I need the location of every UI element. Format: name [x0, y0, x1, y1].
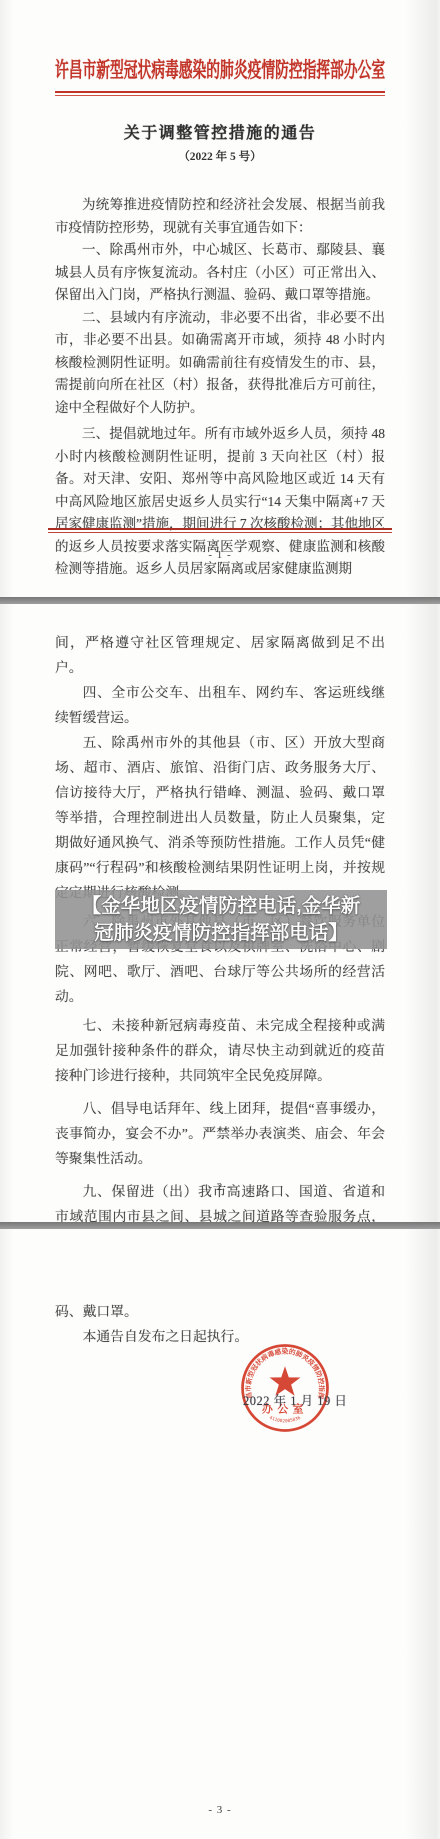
page-3: 码、戴口罩。 本通告自发布之日起执行。 许昌市新型冠状病毒感染的肺炎疫情防控指挥…: [0, 1229, 440, 1839]
caption-line-2: 冠肺炎疫情防控指挥部电话】: [94, 920, 348, 947]
page-number-3: - 3 -: [0, 1804, 440, 1816]
page1-body: 为统筹推进疫情防控和经济社会发展、根据当前我市疫情防控形势，现就有关事宜通告如下…: [55, 194, 385, 581]
doc-number: （2022 年 5 号）: [0, 148, 440, 164]
paragraph-continuation: 间，严格遵守社区管理规定、居家隔离做到足不出户。: [55, 630, 385, 680]
paragraph-item-7: 七、未接种新冠病毒疫苗、未完成全程接种或满足加强针接种条件的群众，请尽快主动到就…: [55, 1013, 385, 1088]
caption-line-1: 【金华地区疫情防控电话,金华新: [82, 893, 360, 920]
svg-text:411002005836: 411002005836: [268, 1415, 302, 1425]
doc-title: 关于调整管控措施的通告: [0, 120, 440, 143]
page3-body: 码、戴口罩。 本通告自发布之日起执行。: [55, 1299, 385, 1349]
letterhead-banner: 许昌市新型冠状病毒感染的肺炎疫情防控指挥部办公室: [0, 0, 440, 81]
paragraph-continuation: 码、戴口罩。: [55, 1299, 385, 1324]
letterhead-rule: [55, 91, 385, 96]
page-divider: [0, 597, 440, 604]
paragraph-item-8: 八、倡导电话拜年、线上团拜，提倡“喜事缓办，丧事简办，宴会不办”。严禁举办表演类…: [55, 1096, 385, 1171]
seal-serial: 411002005836: [268, 1415, 302, 1425]
page-divider: [0, 1222, 440, 1229]
issue-date: 2022 年 1 月 19 日: [243, 1391, 347, 1409]
paragraph-item-4: 四、全市公交车、出租车、网约车、客运班线继续暂缓营运。: [55, 680, 385, 730]
page-2: 间，严格遵守社区管理规定、居家隔离做到足不出户。 四、全市公交车、出租车、网约车…: [0, 604, 440, 1222]
page1-footer-rule: [48, 528, 392, 533]
paragraph-intro: 为统筹推进疫情防控和经济社会发展、根据当前我市疫情防控形势，现就有关事宜通告如下…: [55, 194, 385, 239]
page-1: 许昌市新型冠状病毒感染的肺炎疫情防控指挥部办公室 关于调整管控措施的通告 （20…: [0, 0, 440, 597]
page-number-2: - 2 -: [0, 1181, 440, 1193]
page-number-1: - 1 -: [0, 549, 440, 561]
official-seal: 许昌市新型冠状病毒感染的肺炎疫情防控指挥部 办公室 411002005836: [238, 1341, 332, 1435]
paragraph-item-1: 一、除禹州市外，中心城区、长葛市、鄢陵县、襄城县人员有序恢复流动。各村庄（小区）…: [55, 239, 385, 307]
scanned-notice-document: 许昌市新型冠状病毒感染的肺炎疫情防控指挥部办公室 关于调整管控措施的通告 （20…: [0, 0, 440, 1839]
paragraph-item-5: 五、除禹州市外的其他县（市、区）开放大型商场、超市、酒店、旅馆、沿街门店、政务服…: [55, 730, 385, 905]
paragraph-effective: 本通告自发布之日起执行。: [55, 1324, 385, 1349]
letterhead-text: 许昌市新型冠状病毒感染的肺炎疫情防控指挥部办公室: [55, 60, 385, 81]
caption-overlay: 【金华地区疫情防控电话,金华新 冠肺炎疫情防控指挥部电话】: [55, 890, 387, 949]
paragraph-item-2: 二、县域内有序流动，非必要不出省，非必要不出市，非必要不出县。如确需离开市域，须…: [55, 307, 385, 420]
